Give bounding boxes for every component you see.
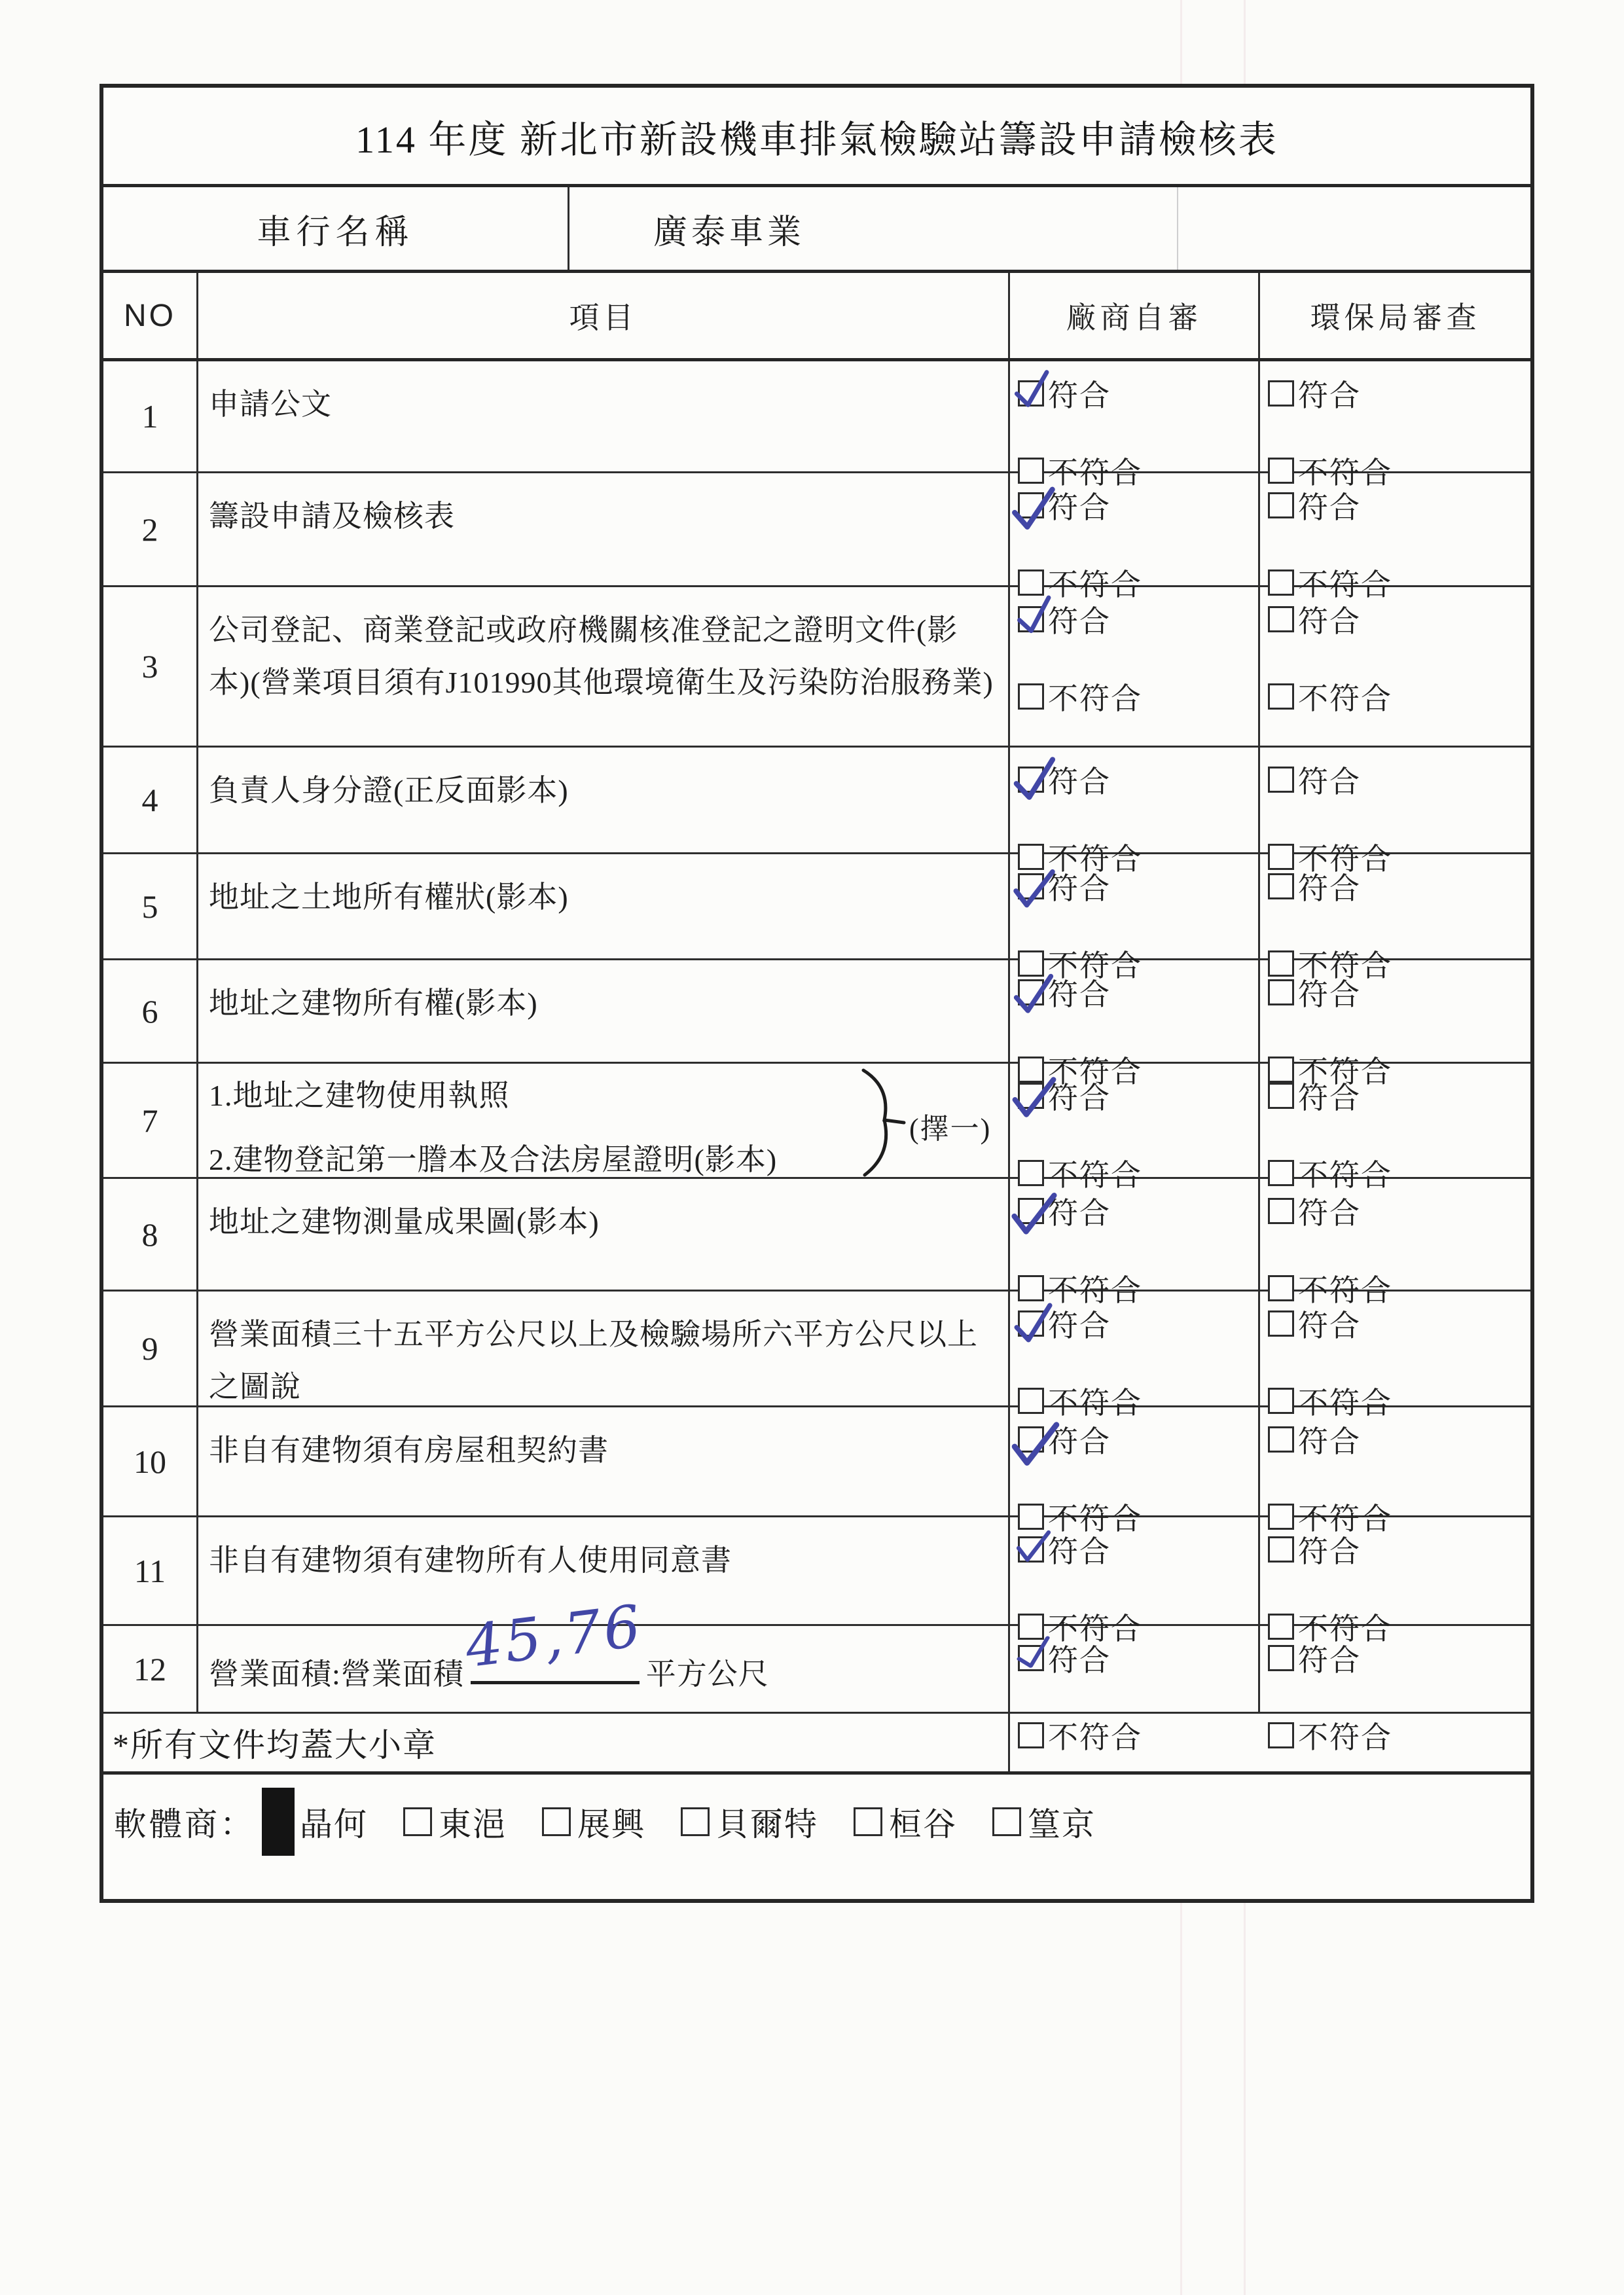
item-text: 營業面積三十五平方公尺以上及檢驗場所六平方公尺以上之圖說 — [198, 1292, 1010, 1405]
checkbox-fail[interactable] — [1018, 1722, 1044, 1748]
option-label-pass: 符合 — [1298, 758, 1361, 801]
checkbox-fail[interactable] — [1018, 683, 1044, 710]
checkbox-pass[interactable] — [1268, 873, 1294, 899]
option-line: 符合 — [1268, 372, 1530, 415]
option-line: 符合 — [1018, 484, 1258, 527]
option-line: 符合 — [1018, 372, 1258, 415]
option-label-pass: 符合 — [1298, 1189, 1361, 1233]
option-label-pass: 符合 — [1298, 598, 1361, 641]
footer-note: *所有文件均蓋大小章 — [103, 1714, 1010, 1771]
checkbox-fail[interactable] — [1268, 569, 1294, 596]
software-vendor-option: 桓谷 — [854, 1798, 957, 1845]
vendor-self-check-cell: 符合不符合 — [1010, 854, 1260, 958]
checkbox-pass[interactable] — [1268, 380, 1294, 407]
option-label-pass: 符合 — [1298, 1074, 1361, 1117]
option-line: 符合 — [1018, 1528, 1258, 1571]
vendor-self-check-cell: 符合不符合 — [1010, 1064, 1260, 1177]
option-line: 符合 — [1268, 1189, 1530, 1233]
epa-review-cell: 符合不符合 — [1260, 1626, 1530, 1712]
epa-review-cell: 符合不符合 — [1260, 1292, 1530, 1405]
checkbox-pass[interactable] — [1018, 1083, 1044, 1109]
handwritten-check-icon — [1008, 1074, 1060, 1126]
table-row: 8 地址之建物測量成果圖(影本) 符合不符合 符合不符合 — [103, 1179, 1530, 1292]
option-line: 不符合 — [1018, 675, 1258, 718]
checkbox-fail[interactable] — [1268, 458, 1294, 484]
software-vendor-option: 篁京 — [992, 1798, 1096, 1845]
checkbox-software-vendor[interactable] — [854, 1807, 882, 1836]
table-row: 7 1.地址之建物使用執照2.建物登記第一謄本及合法房屋證明(影本)(擇一) 符… — [103, 1064, 1530, 1179]
row-number: 8 — [103, 1179, 198, 1290]
table-row: 11 非自有建物須有建物所有人使用同意書 符合不符合 符合不符合 — [103, 1517, 1530, 1626]
option-line: 符合 — [1268, 758, 1530, 801]
software-vendor-label: 軟體商： — [114, 1798, 255, 1845]
software-vendor-name: 貝爾特 — [716, 1798, 818, 1845]
software-vendor-option: 東浥 — [403, 1798, 507, 1845]
choose-one-label: (擇一) — [909, 1104, 991, 1155]
option-label-fail: 不符合 — [1048, 675, 1142, 718]
software-vendor-option: 貝爾特 — [681, 1798, 818, 1845]
table-row: 4 負責人身分證(正反面影本) 符合不符合 符合不符合 — [103, 748, 1530, 854]
checkbox-fail[interactable] — [1018, 1160, 1044, 1186]
option-label-pass: 符合 — [1298, 372, 1361, 415]
epa-review-cell: 符合不符合 — [1260, 854, 1530, 958]
option-line: 符合 — [1018, 1636, 1258, 1680]
option-line: 符合 — [1268, 1418, 1530, 1461]
checkbox-pass[interactable] — [1018, 492, 1044, 518]
item-text-cell: 1.地址之建物使用執照2.建物登記第一謄本及合法房屋證明(影本)(擇一) — [198, 1064, 1010, 1177]
row-number: 7 — [103, 1064, 198, 1177]
table-row: 5 地址之土地所有權狀(影本) 符合不符合 符合不符合 — [103, 854, 1530, 960]
checklist-table: 114 年度 新北市新設機車排氣檢驗站籌設申請檢核表 車行名稱 廣泰車業 NO … — [99, 84, 1534, 1903]
checkbox-fail[interactable] — [1268, 950, 1294, 977]
option-line: 符合 — [1268, 484, 1530, 527]
choose-one-brace-icon — [859, 1068, 907, 1178]
fill-in-blank[interactable]: 45,76 — [471, 1643, 640, 1684]
checkbox-fail[interactable] — [1268, 1160, 1294, 1186]
vendor-self-check-cell: 符合不符合 — [1010, 587, 1260, 746]
item-text: 籌設申請及檢核表 — [198, 473, 1010, 585]
software-vendor-option: 晶何 — [262, 1788, 368, 1856]
vendor-self-check-cell: 符合不符合 — [1010, 960, 1260, 1062]
checkbox-fail[interactable] — [1018, 458, 1044, 484]
checkbox-fail[interactable] — [1268, 1057, 1294, 1083]
item-suffix: 平方公尺 — [646, 1657, 769, 1691]
checkbox-pass[interactable] — [1268, 606, 1294, 632]
checkbox-pass[interactable] — [1268, 1310, 1294, 1337]
epa-review-cell: 符合不符合 — [1260, 960, 1530, 1062]
row-number: 3 — [103, 587, 198, 746]
vendor-self-check-cell: 符合不符合 — [1010, 1292, 1260, 1405]
checkbox-pass[interactable] — [1018, 606, 1044, 632]
shop-name-value-cell: 廣泰車業 — [569, 187, 1530, 270]
epa-review-cell: 符合不符合 — [1260, 748, 1530, 852]
row-number: 6 — [103, 960, 198, 1062]
software-vendor-name: 桓谷 — [889, 1798, 957, 1845]
handwritten-check-icon — [1008, 367, 1058, 417]
checkbox-pass[interactable] — [1018, 979, 1044, 1005]
handwritten-check-icon — [1008, 970, 1060, 1022]
footer-note-row: *所有文件均蓋大小章 — [103, 1714, 1530, 1775]
handwritten-check-icon — [1008, 1299, 1061, 1352]
checkbox-pass[interactable] — [1268, 767, 1294, 793]
checkbox-pass[interactable] — [1018, 873, 1044, 899]
checkbox-fail[interactable] — [1268, 1275, 1294, 1301]
table-row: 6 地址之建物所有權(影本) 符合不符合 符合不符合 — [103, 960, 1530, 1064]
option-line: 符合 — [1268, 1074, 1530, 1117]
checkbox-software-vendor[interactable] — [262, 1788, 295, 1856]
checkbox-pass[interactable] — [1018, 1645, 1044, 1671]
checkbox-pass[interactable] — [1268, 1198, 1294, 1224]
software-vendor-name: 展興 — [577, 1798, 645, 1845]
option-label-pass: 符合 — [1298, 865, 1361, 908]
item-prefix: 營業面積:營業面積 — [209, 1657, 464, 1691]
checkbox-fail[interactable] — [1268, 1388, 1294, 1414]
handwritten-check-icon — [1007, 1189, 1062, 1244]
checkbox-pass[interactable] — [1018, 1310, 1044, 1337]
vendor-self-check-cell: 符合不符合 — [1010, 1407, 1260, 1515]
checkbox-software-vendor[interactable] — [403, 1807, 432, 1836]
header-no: NO — [124, 298, 176, 334]
option-line: 不符合 — [1268, 675, 1530, 718]
checkbox-fail[interactable] — [1018, 1275, 1044, 1301]
option-line: 符合 — [1018, 971, 1258, 1014]
checkbox-fail[interactable] — [1268, 1722, 1294, 1748]
item-rows: 1 申請公文 符合不符合 符合不符合 2 籌設申請及檢核表 符合不符合 符合不符… — [103, 361, 1530, 1714]
scanned-form-page: { "title": "114 年度 新北市新設機車排氣檢驗站籌設申請檢核表",… — [0, 0, 1624, 2295]
table-row: 2 籌設申請及檢核表 符合不符合 符合不符合 — [103, 473, 1530, 587]
option-line: 符合 — [1018, 1418, 1258, 1461]
option-label-pass: 符合 — [1298, 971, 1361, 1014]
checkbox-software-vendor[interactable] — [681, 1807, 710, 1836]
option-line: 符合 — [1018, 1074, 1258, 1117]
checkbox-pass[interactable] — [1018, 1426, 1044, 1453]
row-number: 9 — [103, 1292, 198, 1405]
option-label-pass: 符合 — [1298, 484, 1361, 527]
software-vendor-name: 晶何 — [300, 1798, 368, 1845]
option-line: 符合 — [1018, 1302, 1258, 1345]
option-line: 符合 — [1018, 758, 1258, 801]
option-line: 符合 — [1018, 865, 1258, 908]
handwritten-check-icon — [1013, 1528, 1055, 1569]
checkbox-fail[interactable] — [1268, 1614, 1294, 1640]
header-item: 項目 — [569, 294, 638, 337]
checkbox-pass[interactable] — [1268, 1426, 1294, 1453]
option-line: 符合 — [1268, 1528, 1530, 1571]
row-number: 5 — [103, 854, 198, 958]
checkbox-pass[interactable] — [1268, 1536, 1294, 1563]
shop-name-value: 廣泰車業 — [653, 204, 805, 253]
vendor-self-check-cell: 符合不符合 — [1010, 1179, 1260, 1290]
handwritten-check-icon — [1009, 866, 1059, 916]
option-label-pass: 符合 — [1298, 1418, 1361, 1461]
handwritten-check-icon — [1005, 482, 1062, 539]
item-text: 公司登記、商業登記或政府機關核准登記之證明文件(影本)(營業項目須有J10199… — [198, 587, 1010, 746]
vendor-self-check-cell: 符合不符合 — [1010, 748, 1260, 852]
option-line: 符合 — [1268, 1302, 1530, 1345]
handwritten-check-icon — [1007, 753, 1064, 810]
option-label-pass: 符合 — [1298, 1528, 1361, 1571]
option-line: 符合 — [1018, 1189, 1258, 1233]
option-line: 符合 — [1268, 598, 1530, 641]
epa-review-cell: 符合不符合 — [1260, 1407, 1530, 1515]
item-text: 申請公文 — [198, 361, 1010, 471]
handwritten-area-value: 45,76 — [460, 1576, 649, 1697]
handwritten-check-icon — [1007, 1418, 1064, 1475]
option-line: 符合 — [1268, 865, 1530, 908]
handwritten-check-icon — [1010, 592, 1062, 643]
row-number: 1 — [103, 361, 198, 471]
option-label-pass: 符合 — [1298, 1636, 1361, 1680]
software-vendor-name: 東浥 — [439, 1798, 507, 1845]
page-title: 114 年度 新北市新設機車排氣檢驗站籌設申請檢核表 — [355, 109, 1278, 164]
item-text: 地址之建物測量成果圖(影本) — [198, 1179, 1010, 1290]
row-number: 4 — [103, 748, 198, 852]
software-vendor-name: 篁京 — [1028, 1798, 1096, 1845]
checkbox-pass[interactable] — [1268, 979, 1294, 1005]
row-number: 2 — [103, 473, 198, 585]
checkbox-fail[interactable] — [1018, 1504, 1044, 1530]
shop-name-label: 車行名稱 — [103, 187, 569, 270]
checkbox-pass[interactable] — [1018, 767, 1044, 793]
table-row: 12 營業面積:營業面積45,76平方公尺 符合不符合 符合不符合 — [103, 1626, 1530, 1714]
epa-review-cell: 符合不符合 — [1260, 361, 1530, 471]
checkbox-pass[interactable] — [1018, 1198, 1044, 1224]
option-label-fail: 不符合 — [1298, 675, 1392, 718]
header-epa-review: 環保局審查 — [1310, 294, 1481, 337]
row-number: 10 — [103, 1407, 198, 1515]
checkbox-fail[interactable] — [1268, 844, 1294, 870]
checkbox-fail[interactable] — [1268, 1504, 1294, 1530]
shop-name-row: 車行名稱 廣泰車業 — [103, 187, 1530, 273]
checkbox-pass[interactable] — [1268, 1645, 1294, 1671]
item-text: 非自有建物須有房屋租契約書 — [198, 1407, 1010, 1515]
software-vendor-options: 晶何東浥展興貝爾特桓谷篁京 — [262, 1788, 1131, 1856]
epa-review-cell: 符合不符合 — [1260, 587, 1530, 746]
table-header-row: NO 項目 廠商自審 環保局審查 — [103, 273, 1530, 361]
software-vendor-row: 軟體商： 晶何東浥展興貝爾特桓谷篁京 — [103, 1775, 1530, 1868]
option-line: 符合 — [1018, 598, 1258, 641]
faint-cell-divider — [1177, 187, 1178, 270]
option-line: 符合 — [1268, 971, 1530, 1014]
table-row: 3 公司登記、商業登記或政府機關核准登記之證明文件(影本)(營業項目須有J101… — [103, 587, 1530, 748]
row-number: 11 — [103, 1517, 198, 1624]
epa-review-cell: 符合不符合 — [1260, 473, 1530, 585]
row-number: 12 — [103, 1626, 198, 1712]
checkbox-software-vendor[interactable] — [542, 1807, 571, 1836]
checkbox-pass[interactable] — [1268, 492, 1294, 518]
checkbox-software-vendor[interactable] — [992, 1807, 1021, 1836]
item-text: 地址之建物所有權(影本) — [198, 960, 1010, 1062]
item-text: 地址之土地所有權狀(影本) — [198, 854, 1010, 958]
title-row: 114 年度 新北市新設機車排氣檢驗站籌設申請檢核表 — [103, 88, 1530, 187]
table-row: 1 申請公文 符合不符合 符合不符合 — [103, 361, 1530, 473]
software-vendor-option: 展興 — [542, 1798, 645, 1845]
checkbox-fail[interactable] — [1018, 569, 1044, 596]
option-label-pass: 符合 — [1048, 1528, 1111, 1571]
checkbox-fail[interactable] — [1018, 1388, 1044, 1414]
checkbox-fail[interactable] — [1268, 683, 1294, 710]
vendor-self-check-cell: 符合不符合 — [1010, 361, 1260, 471]
option-line: 符合 — [1268, 1636, 1530, 1680]
vendor-self-check-cell: 符合不符合 — [1010, 1626, 1260, 1712]
item-text: 負責人身分證(正反面影本) — [198, 748, 1010, 852]
checkbox-pass[interactable] — [1018, 1536, 1044, 1563]
table-row: 9 營業面積三十五平方公尺以上及檢驗場所六平方公尺以上之圖說 符合不符合 符合不… — [103, 1292, 1530, 1407]
checkbox-pass[interactable] — [1018, 380, 1044, 407]
vendor-self-check-cell: 符合不符合 — [1010, 473, 1260, 585]
header-vendor-self-check: 廠商自審 — [1066, 294, 1202, 337]
epa-review-cell: 符合不符合 — [1260, 1179, 1530, 1290]
option-label-pass: 符合 — [1298, 1302, 1361, 1345]
item-text-cell: 營業面積:營業面積45,76平方公尺 — [198, 1626, 1010, 1712]
epa-review-cell: 符合不符合 — [1260, 1064, 1530, 1177]
epa-review-cell: 符合不符合 — [1260, 1517, 1530, 1624]
vendor-self-check-cell: 符合不符合 — [1010, 1517, 1260, 1624]
checkbox-pass[interactable] — [1268, 1083, 1294, 1109]
table-row: 10 非自有建物須有房屋租契約書 符合不符合 符合不符合 — [103, 1407, 1530, 1517]
